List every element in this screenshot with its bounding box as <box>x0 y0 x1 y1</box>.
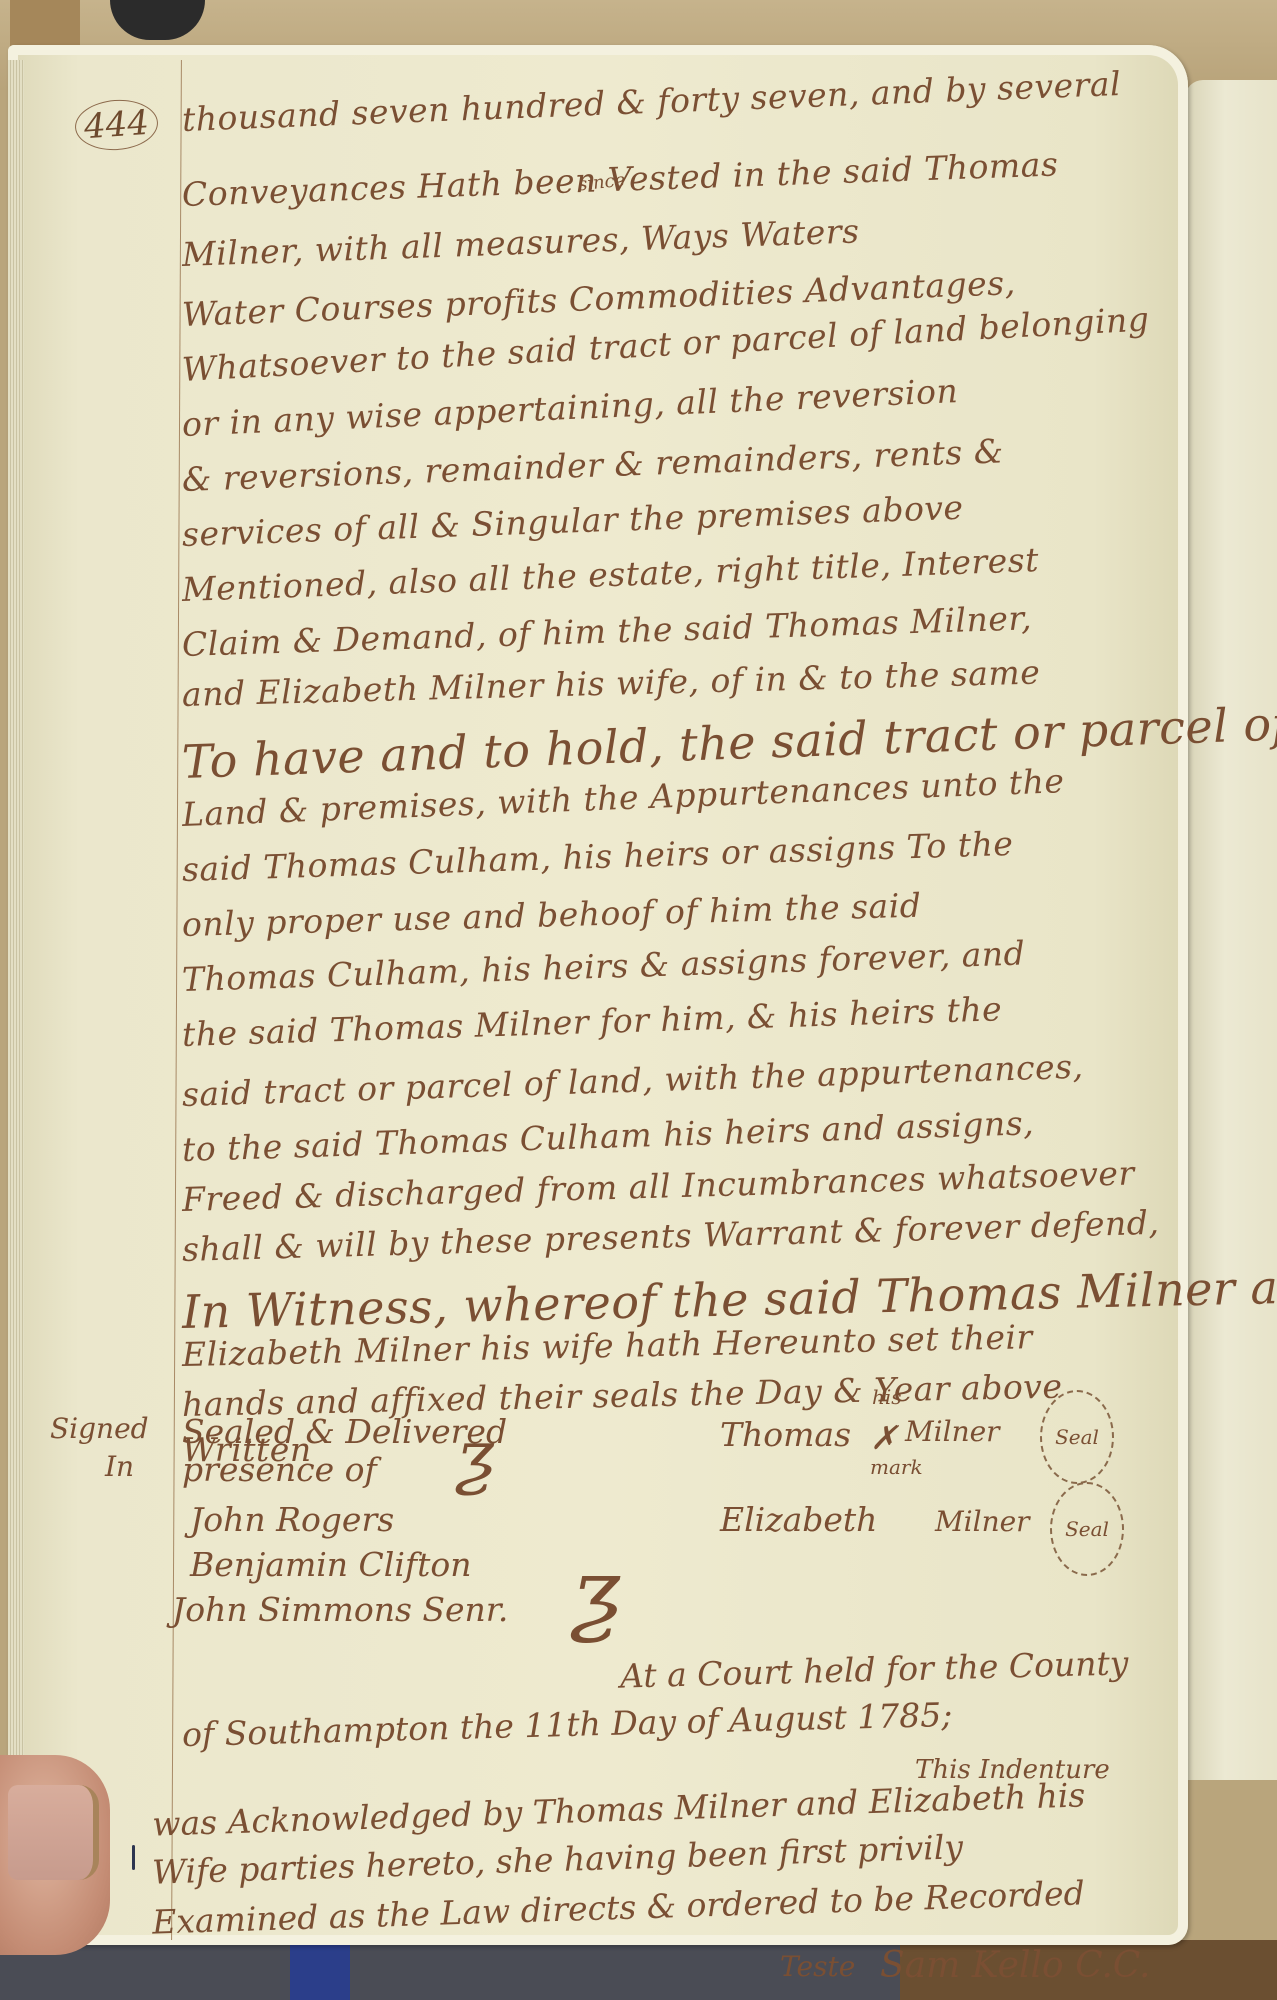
teste-label: Teste <box>780 1950 855 1983</box>
brace-mark: ƺ <box>455 1415 495 1497</box>
thumbnail <box>8 1785 99 1880</box>
margin-in: In <box>105 1450 134 1483</box>
attestation-line-2: presence of <box>182 1450 377 1489</box>
mark-x: ✗ <box>870 1418 898 1457</box>
seal-elizabeth: Seal <box>1050 1482 1124 1576</box>
witness-1: John Rogers <box>190 1500 394 1539</box>
witness-3: John Simmons Senr. <box>172 1590 508 1629</box>
mark-label: mark <box>870 1455 923 1479</box>
signature-thomas-surname: Milner <box>905 1415 1000 1448</box>
ink-mark <box>132 1845 135 1870</box>
clerk-signature: Sam Kello C.C. <box>880 1945 1151 1986</box>
signature-elizabeth-surname: Milner <box>935 1505 1030 1538</box>
brace-mark: ƺ <box>570 1540 621 1645</box>
mark-his: his <box>872 1385 902 1409</box>
page-stack-edge <box>8 60 24 1920</box>
background-blue-object <box>290 1940 350 2000</box>
signature-elizabeth-first: Elizabeth <box>720 1500 877 1539</box>
margin-signed: Signed <box>50 1412 149 1445</box>
seal-thomas: Seal <box>1040 1390 1114 1484</box>
witness-2: Benjamin Clifton <box>190 1545 471 1584</box>
adjacent-page <box>1185 80 1277 1780</box>
signature-thomas-first: Thomas <box>720 1415 851 1454</box>
